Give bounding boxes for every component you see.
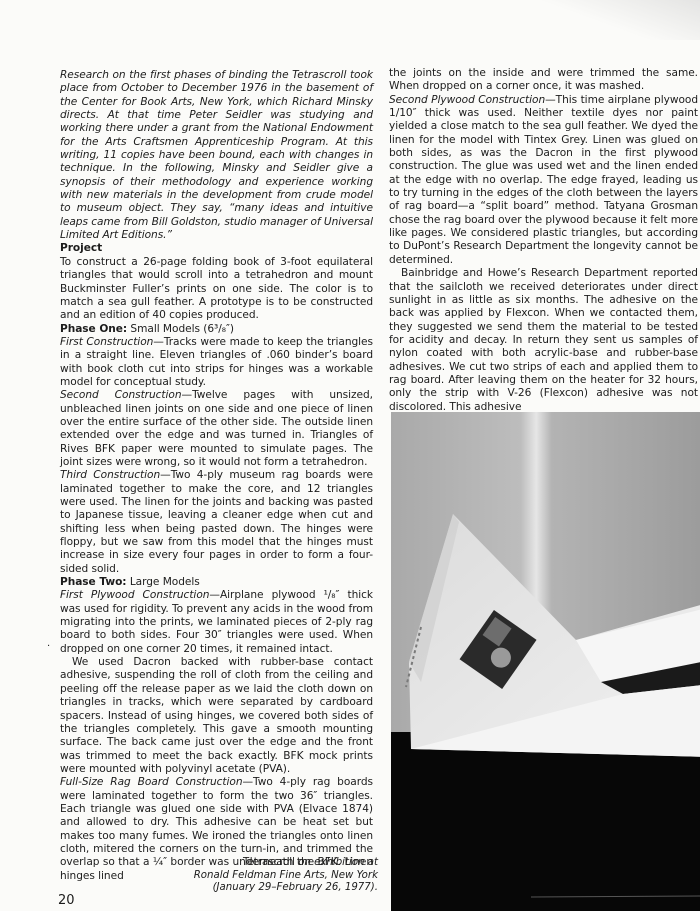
photo-illustration [391, 412, 700, 911]
phase-one-title: Small Models (6³/₈″) [127, 323, 234, 335]
phase-one-label: Phase One: [60, 323, 127, 335]
second-plywood-paragraph: Second Plywood Construction—This time ai… [389, 94, 698, 267]
second-construction-lead: Second Construction [60, 389, 182, 401]
third-construction-text: —Two 4-ply museum rag boards were lamina… [60, 469, 373, 574]
left-column: Research on the first phases of binding … [60, 69, 373, 883]
photo-caption: Tetrascroll on exhibition at Ronald Feld… [118, 857, 378, 895]
first-plywood-lead: First Plywood Construction [60, 589, 209, 601]
dacron-paragraph: We used Dacron backed with rubber-base c… [60, 656, 373, 776]
phase-two-title: Large Models [127, 576, 200, 588]
first-construction-paragraph: First Construction—Tracks were made to k… [60, 336, 373, 389]
page-number: 20 [58, 893, 75, 908]
second-plywood-text: —This time airplane plywood 1/10″ thick … [389, 94, 698, 266]
phase-two-label: Phase Two: [60, 576, 127, 588]
caption-line-1: Tetrascroll on exhibition at [118, 857, 378, 870]
bainbridge-paragraph: Bainbridge and Howe’s Research Departmen… [389, 267, 698, 414]
caption-title: Tetrascroll [243, 857, 295, 868]
third-construction-lead: Third Construction [60, 469, 160, 481]
right-column: the joints on the inside and were trimme… [389, 67, 698, 414]
second-construction-paragraph: Second Construction—Twelve pages with un… [60, 389, 373, 469]
project-heading: Project [60, 242, 373, 255]
phase-two-heading: Phase Two: Large Models [60, 576, 373, 589]
caption-line-1-rest: on exhibition at [295, 857, 378, 868]
second-plywood-lead: Second Plywood Construction [389, 94, 545, 106]
full-size-lead: Full-Size Rag Board Construction [60, 776, 243, 788]
intro-paragraph: Research on the first phases of binding … [60, 69, 373, 242]
continuation-paragraph: the joints on the inside and were trimme… [389, 67, 698, 94]
phase-one-heading: Phase One: Small Models (6³/₈″) [60, 323, 373, 336]
project-paragraph: To construct a 26-page folding book of 3… [60, 256, 373, 323]
page-corner-shadow [540, 0, 700, 40]
caption-line-3: (January 29–February 26, 1977). [118, 882, 378, 895]
dark-base [391, 732, 700, 911]
third-construction-paragraph: Third Construction—Two 4-ply museum rag … [60, 469, 373, 576]
caption-line-2: Ronald Feldman Fine Arts, New York [118, 870, 378, 883]
tetrascroll-photo [391, 412, 700, 911]
first-construction-lead: First Construction [60, 336, 153, 348]
first-plywood-paragraph: First Plywood Construction—Airplane plyw… [60, 589, 373, 656]
stray-print-mark: . [47, 638, 50, 649]
